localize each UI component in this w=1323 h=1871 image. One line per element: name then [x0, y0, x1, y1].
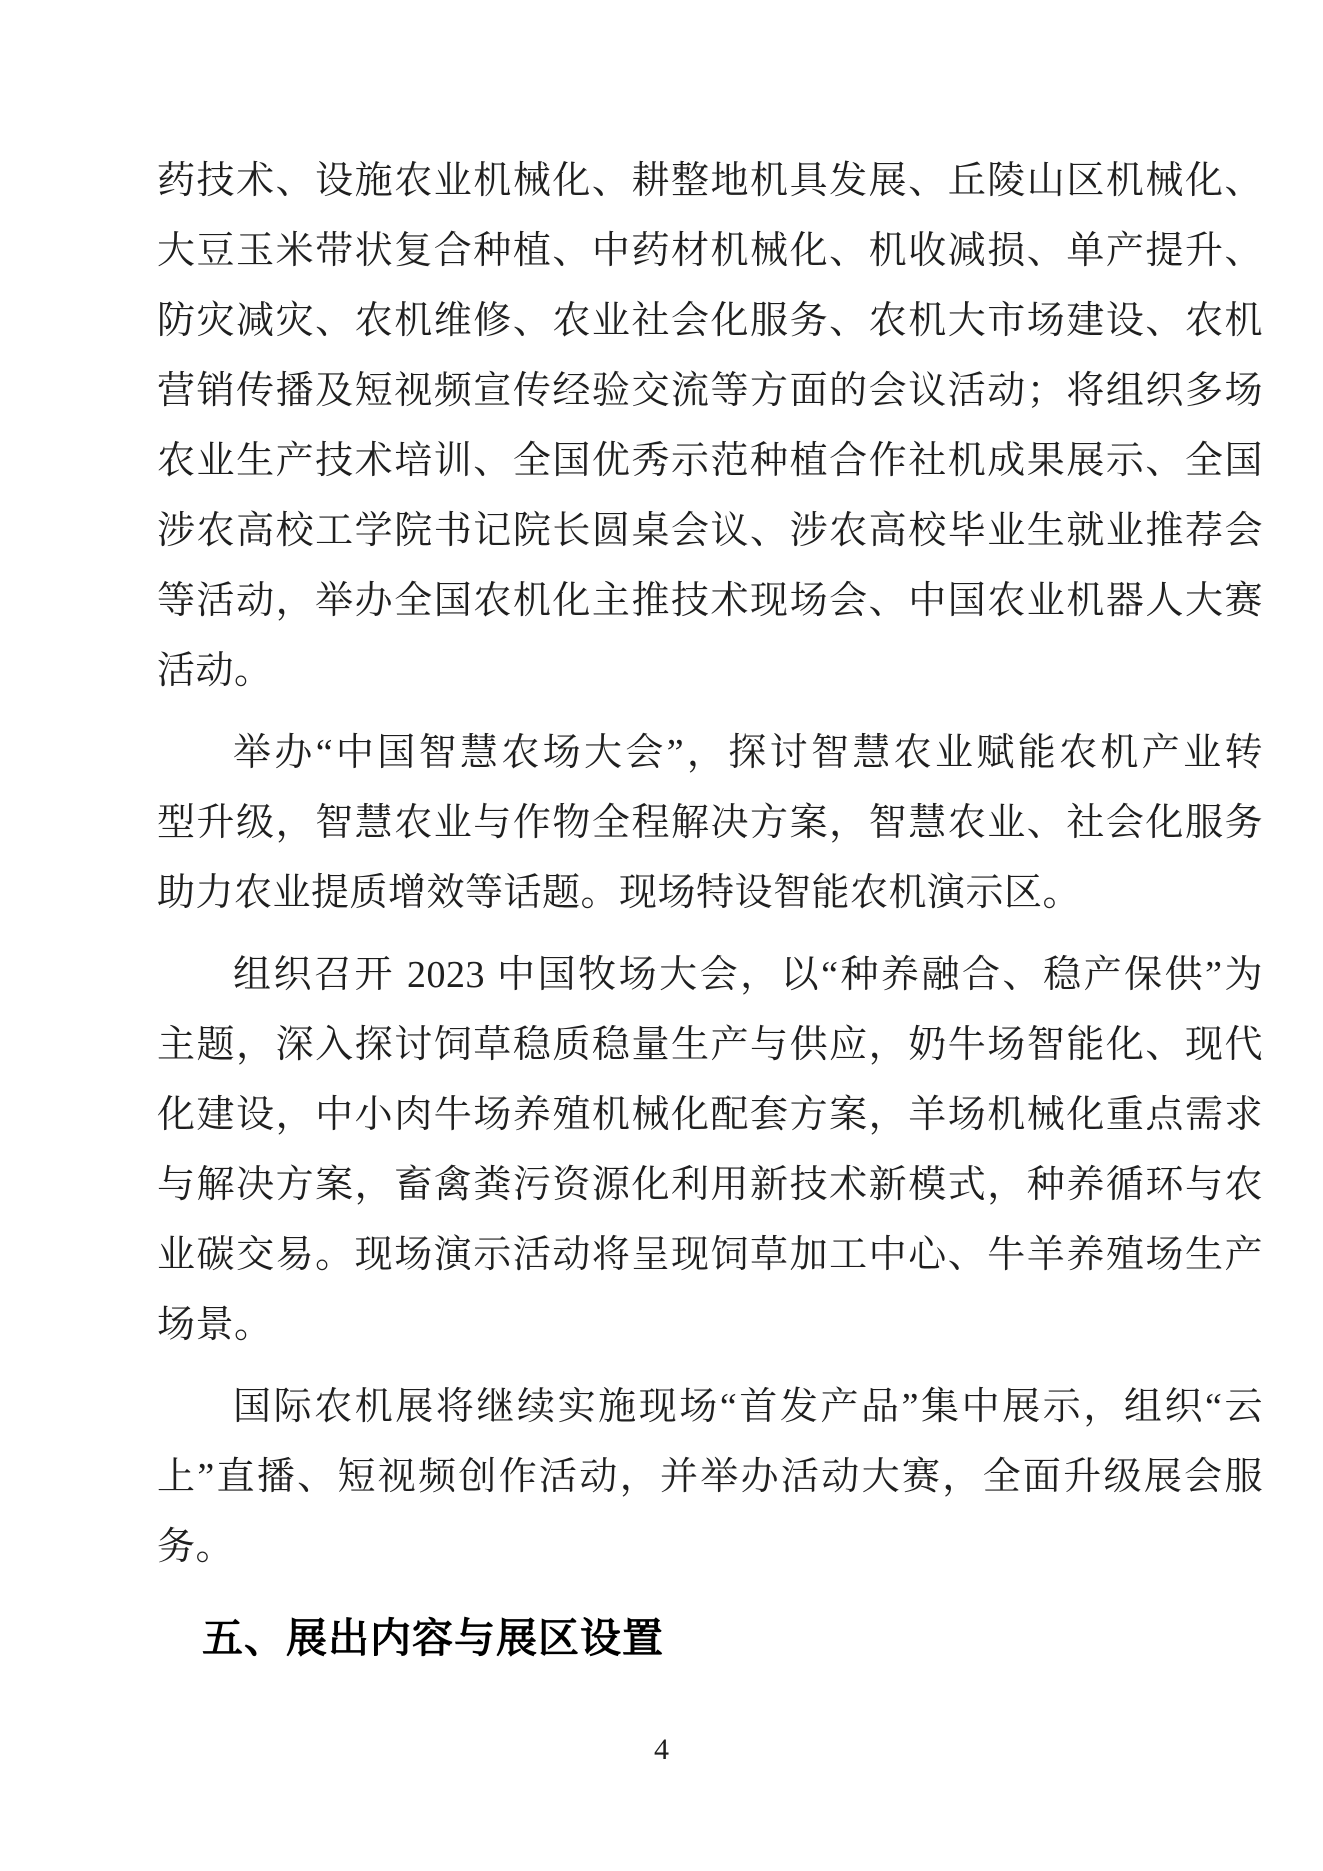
text-line: 与解决方案，畜禽粪污资源化利用新技术新模式，种养循环与农 — [157, 1150, 1263, 1220]
text-line: 活动。 — [157, 636, 1263, 706]
text-line: 营销传播及短视频宣传经验交流等方面的会议活动；将组织多场 — [157, 356, 1263, 426]
text-line: 药技术、设施农业机械化、耕整地机具发展、丘陵山区机械化、 — [157, 146, 1263, 216]
paragraph: 举办“中国智慧农场大会”，探讨智慧农业赋能农机产业转型升级，智慧农业与作物全程解… — [157, 718, 1263, 928]
text-line: 国际农机展将继续实施现场“首发产品”集中展示，组织“云 — [157, 1372, 1263, 1442]
text-line: 务。 — [157, 1512, 1263, 1582]
text-line: 举办“中国智慧农场大会”，探讨智慧农业赋能农机产业转 — [157, 718, 1263, 788]
section-heading: 五、展出内容与展区设置 — [157, 1608, 1263, 1668]
paragraph-container: 药技术、设施农业机械化、耕整地机具发展、丘陵山区机械化、大豆玉米带状复合种植、中… — [157, 146, 1263, 1582]
text-line: 等活动，举办全国农机化主推技术现场会、中国农业机器人大赛 — [157, 566, 1263, 636]
page-number: 4 — [0, 1733, 1323, 1767]
text-line: 大豆玉米带状复合种植、中药材机械化、机收减损、单产提升、 — [157, 216, 1263, 286]
text-line: 化建设，中小肉牛场养殖机械化配套方案，羊场机械化重点需求 — [157, 1080, 1263, 1150]
text-line: 场景。 — [157, 1290, 1263, 1360]
text-line: 主题，深入探讨饲草稳质稳量生产与供应，奶牛场智能化、现代 — [157, 1010, 1263, 1080]
text-line: 上”直播、短视频创作活动，并举办活动大赛，全面升级展会服 — [157, 1442, 1263, 1512]
paragraph: 组织召开 2023 中国牧场大会，以“种养融合、稳产保供”为主题，深入探讨饲草稳… — [157, 940, 1263, 1360]
text-line: 防灾减灾、农机维修、农业社会化服务、农机大市场建设、农机 — [157, 286, 1263, 356]
text-line: 型升级，智慧农业与作物全程解决方案，智慧农业、社会化服务 — [157, 788, 1263, 858]
text-line: 助力农业提质增效等话题。现场特设智能农机演示区。 — [157, 858, 1263, 928]
text-line: 农业生产技术培训、全国优秀示范种植合作社机成果展示、全国 — [157, 426, 1263, 496]
document-page: 药技术、设施农业机械化、耕整地机具发展、丘陵山区机械化、大豆玉米带状复合种植、中… — [0, 0, 1323, 1871]
text-line: 组织召开 2023 中国牧场大会，以“种养融合、稳产保供”为 — [157, 940, 1263, 1010]
text-line: 涉农高校工学院书记院长圆桌会议、涉农高校毕业生就业推荐会 — [157, 496, 1263, 566]
text-line: 业碳交易。现场演示活动将呈现饲草加工中心、牛羊养殖场生产 — [157, 1220, 1263, 1290]
paragraph: 国际农机展将继续实施现场“首发产品”集中展示，组织“云上”直播、短视频创作活动，… — [157, 1372, 1263, 1582]
document-body: 药技术、设施农业机械化、耕整地机具发展、丘陵山区机械化、大豆玉米带状复合种植、中… — [157, 146, 1263, 1668]
paragraph: 药技术、设施农业机械化、耕整地机具发展、丘陵山区机械化、大豆玉米带状复合种植、中… — [157, 146, 1263, 706]
